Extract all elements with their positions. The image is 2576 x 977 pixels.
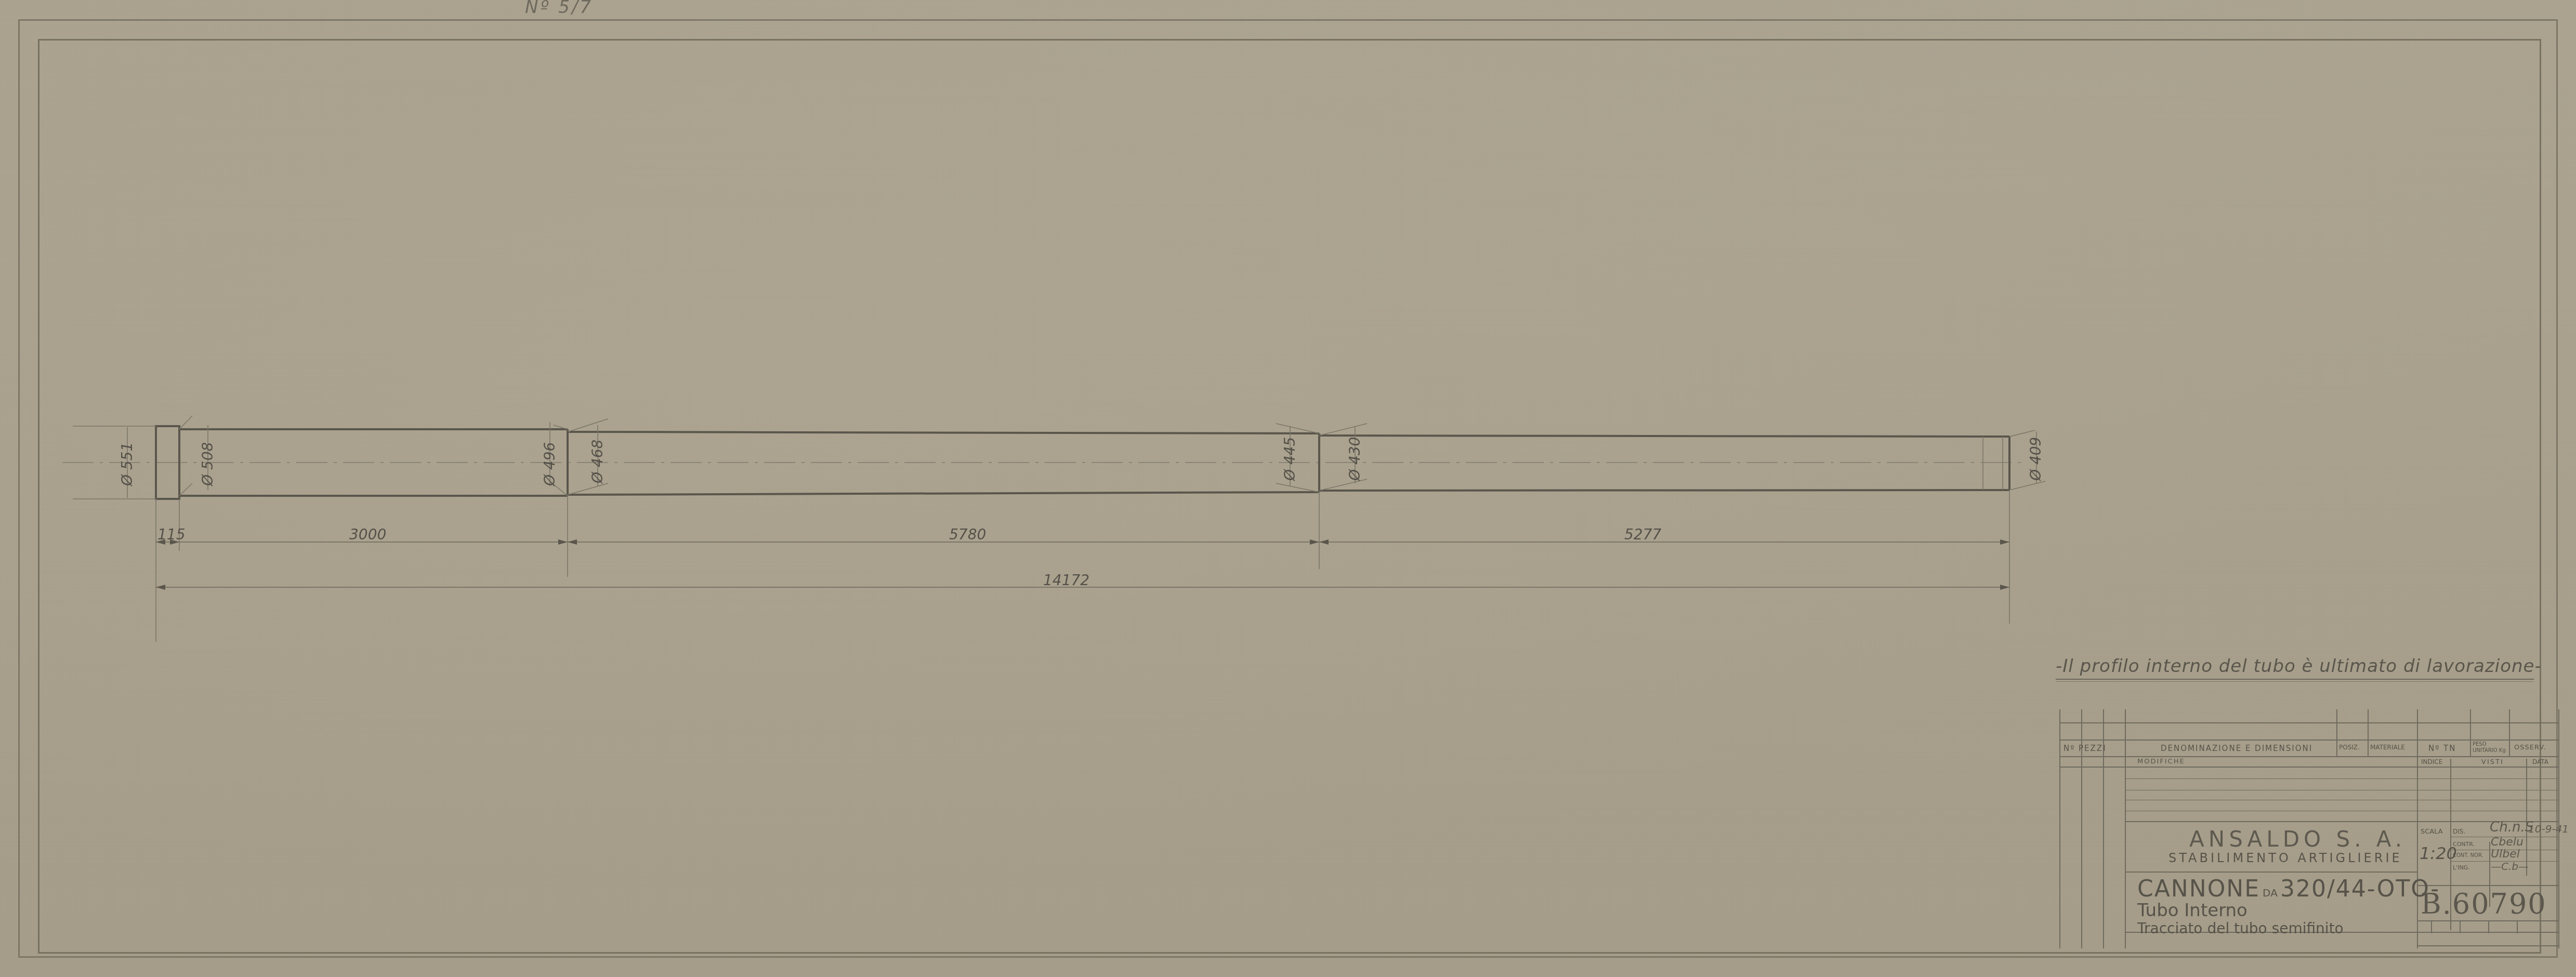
sign-date: 10-9-41 <box>2528 823 2569 835</box>
drawing-number: B.60790 <box>2421 888 2547 920</box>
drawing-title-line1: CANNONE DA 320/44-OTO- <box>2137 876 2440 902</box>
seg3-length-label: 5277 <box>1624 526 1661 543</box>
scale-value: 1:20 <box>2420 843 2457 863</box>
seg1-start-diameter-label: Ø 508 <box>199 442 216 486</box>
header-pieces: Nº PEZZI <box>2064 744 2107 753</box>
drawing-title-line3: Tracciato del tubo semifinito <box>2137 920 2344 937</box>
sign-label-dis: DIS. <box>2453 828 2465 835</box>
note-underline-2 <box>2056 681 2534 682</box>
seg2-end-diameter-label: Ø 445 <box>1281 437 1298 481</box>
seg3-start-diameter-label: Ø 430 <box>1346 437 1363 481</box>
title-caliber: 320/44-OTO- <box>2280 876 2440 902</box>
collar-length-label: 115 <box>157 526 185 543</box>
seg1-length-label: 3000 <box>349 526 386 543</box>
header-unit-weight: PESO UNITARIO Kg <box>2473 742 2508 754</box>
company-division: STABILIMENTO ARTIGLIERIE <box>2168 851 2402 865</box>
signature-contr: Cbelu <box>2491 836 2524 849</box>
header-index: INDICE <box>2421 758 2442 765</box>
drawing-title-line2: Tubo Interno <box>2137 900 2248 921</box>
header-denomination: DENOMINAZIONE E DIMENSIONI <box>2161 744 2312 753</box>
machining-note: -Il profilo interno del tubo è ultimato … <box>2056 656 2542 677</box>
note-underline <box>2056 679 2534 680</box>
sign-label-ing: L'ING. <box>2453 864 2470 871</box>
signature-dis: Ch.n.S <box>2490 820 2533 835</box>
header-material: MATERIALE <box>2370 744 2405 751</box>
signature-contnor: Ulbel <box>2491 848 2520 861</box>
company-name: ANSALDO S. A. <box>2189 826 2406 852</box>
header-modifications: MODIFICHE <box>2137 758 2185 765</box>
title-cannone: CANNONE <box>2137 876 2260 902</box>
signature-ing: —C.b— <box>2491 860 2529 873</box>
title-da: DA <box>2263 887 2278 899</box>
seg1-end-diameter-label: Ø 496 <box>541 442 558 486</box>
overall-length-label: 14172 <box>1043 572 1089 589</box>
collar-diameter-label: Ø 551 <box>119 442 136 486</box>
seg2-start-diameter-label: Ø 468 <box>589 440 606 483</box>
seg3-end-diameter-label: Ø 409 <box>2027 437 2044 481</box>
sign-label-contr: CONTR. <box>2453 841 2475 848</box>
seg2-length-label: 5780 <box>949 526 986 543</box>
title-block: Nº PEZZI DENOMINAZIONE E DIMENSIONI POSI… <box>2059 709 2559 948</box>
header-observations: OSSERV. <box>2514 744 2546 751</box>
sign-label-contnor: CONT. NOR. <box>2453 853 2483 859</box>
header-approvals: VISTI <box>2481 758 2504 766</box>
header-position: POSIZ. <box>2339 744 2360 751</box>
scale-label: SCALA <box>2421 828 2443 836</box>
header-date: DATA <box>2532 758 2548 765</box>
header-tn: Nº TN <box>2428 744 2456 753</box>
